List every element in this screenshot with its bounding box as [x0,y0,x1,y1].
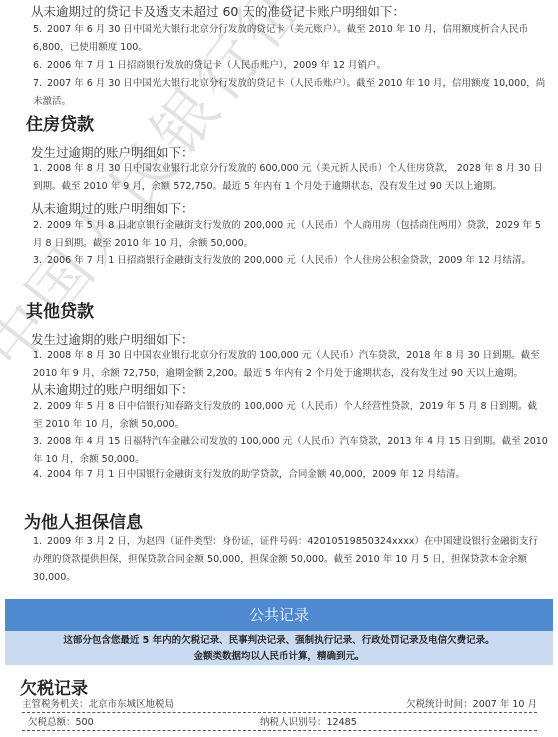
credit-card-normal-subtitle: 从未逾期过的贷记卡及透支未超过 60 天的准贷记卡账户明细如下： [31,2,405,20]
list-item: 5.2007 年 6 月 30 日中国光大银行北京分行发放的贷记卡（美元账户）。… [33,21,538,57]
list-item: 1.2009 年 3 月 2 日，为赵四（证件类型：身份证，证件号码：42010… [33,533,543,587]
list-item: 3.2006 年 7 月 1 日招商银行金融街支行发放的 200,000 元（人… [33,252,548,270]
public-records-note: 这部分包含您最近 5 年内的欠税记录、民事判决记录、强制执行记录、行政处罚记录及… [5,631,553,665]
other-overdue-subtitle: 发生过逾期的账户明细如下： [31,330,194,348]
section-title-housing-loans: 住房贷款 [26,110,94,135]
tax-stat-time: 欠税统计时间：2007 年 10 月 [406,697,537,712]
list-item: 6.2006 年 7 月 1 日招商银行发放的贷记卡（人民币账户），2009 年… [33,57,538,75]
list-item: 2.2009 年 5 月 8 日中信银行知春路支行发放的 100,000 元（人… [33,398,543,434]
section-title-guarantee: 为他人担保信息 [24,508,143,533]
section-title-tax-arrears: 欠税记录 [20,674,88,699]
list-item: 4.2004 年 7 月 1 日中国银行金融街支行发放的助学贷款，合同金额 40… [33,466,548,484]
taxpayer-id: 纳税人识别号：12485 [260,715,357,730]
list-item: 1.2008 年 8 月 30 日中国农业银行北京分行发放的 100,000 元… [33,347,548,383]
list-item: 1.2008 年 8 月 30 日中国农业银行北京分行发放的 600,000 元… [33,160,543,196]
public-records-note-line2: 金额类数据均以人民币计算，精确到元。 [5,649,553,665]
list-item: 7.2007 年 6 月 30 日中国光大银行北京分行发放的贷记卡（人民币账户）… [33,75,553,111]
tax-row-authority: 主管税务机关：北京市东城区地税局 欠税统计时间：2007 年 10 月 [22,697,537,713]
housing-overdue-subtitle: 发生过逾期的账户明细如下： [31,143,194,161]
list-item: 2.2009 年 5 月 8 日北京银行金融街支行发放的 200,000 元（人… [33,217,543,253]
public-records-note-line1: 这部分包含您最近 5 年内的欠税记录、民事判决记录、强制执行记录、行政处罚记录及… [5,633,553,649]
tax-total: 欠税总额：500 [28,715,94,730]
list-item: 3.2008 年 4 月 15 日福特汽车金融公司发放的 100,000 元（人… [33,433,548,469]
tax-authority: 主管税务机关：北京市东城区地税局 [22,697,174,712]
public-records-banner: 公共记录 [5,599,553,631]
section-title-other-loans: 其他贷款 [26,297,94,322]
housing-normal-subtitle: 从未逾期过的账户明细如下： [31,199,194,217]
tax-row-total: 欠税总额：500 纳税人识别号：12485 [22,715,537,731]
other-normal-subtitle: 从未逾期过的账户明细如下： [31,380,194,398]
